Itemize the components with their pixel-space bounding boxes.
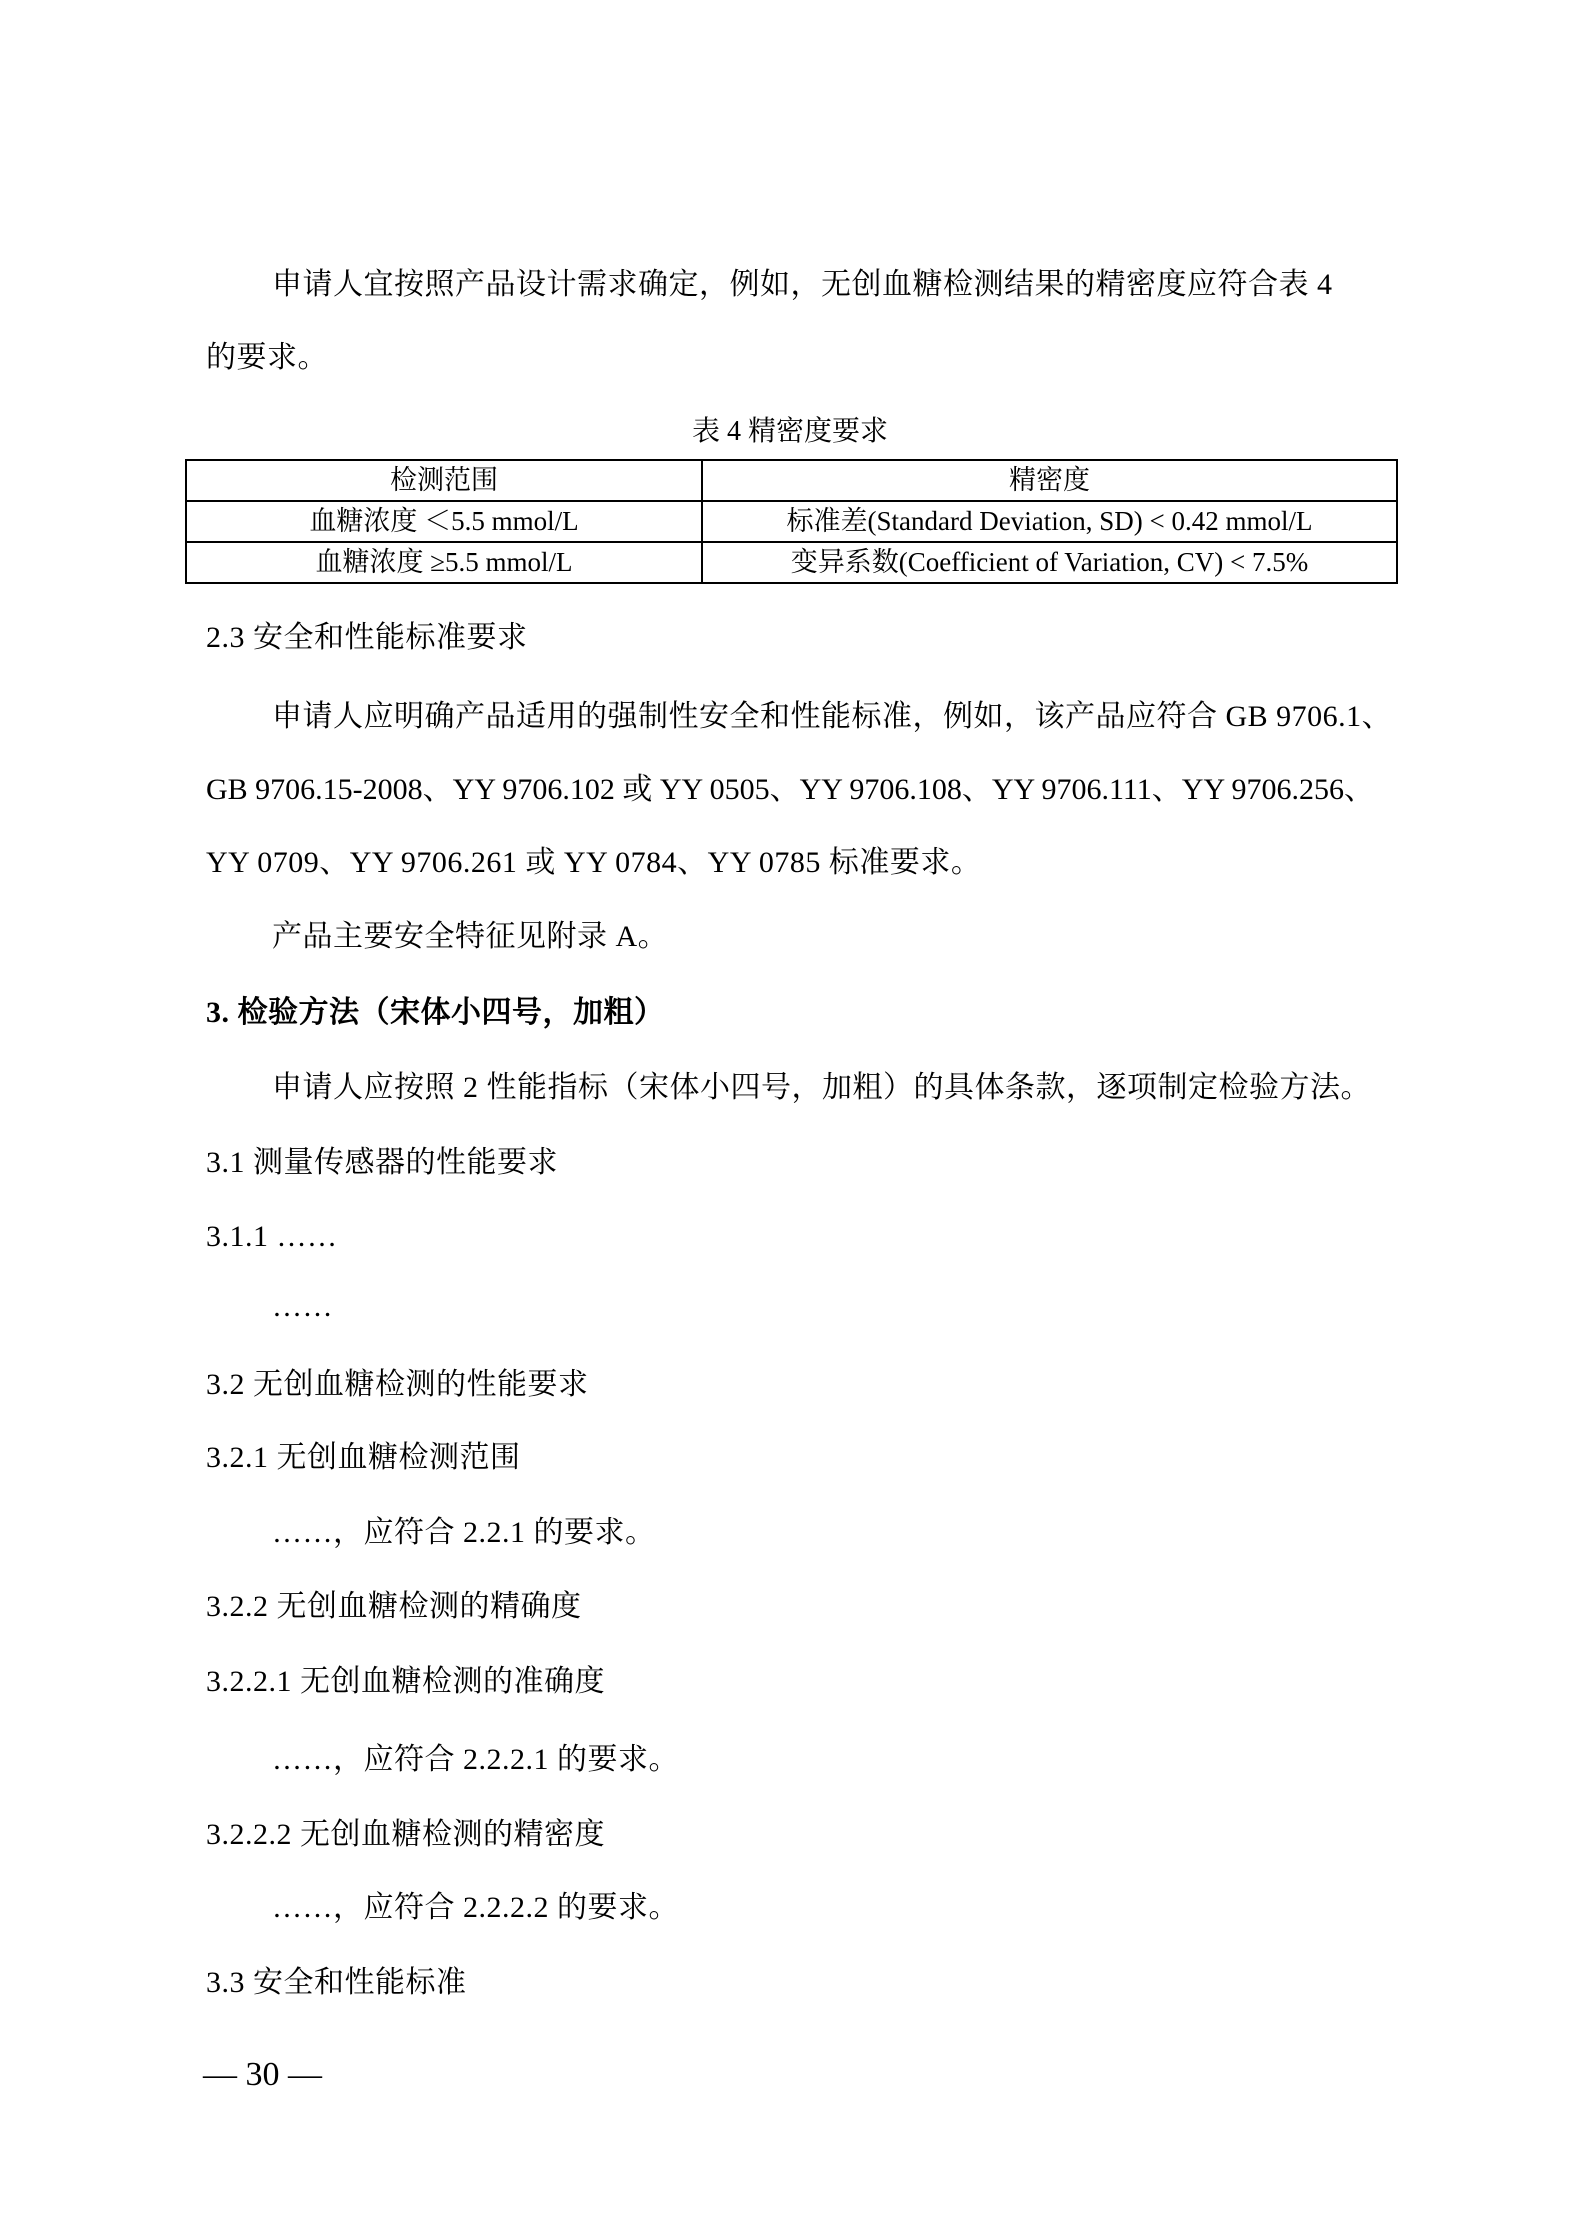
section-3-2-1-body: ……，应符合 2.2.1 的要求。 bbox=[272, 1513, 656, 1553]
section-3-1-heading: 3.1 测量传感器的性能要求 bbox=[206, 1143, 558, 1183]
intro-paragraph-line-1: 申请人宜按照产品设计需求确定，例如，无创血糖检测结果的精密度应符合表 4 bbox=[272, 265, 1333, 305]
section-2-3-paragraph-2: 产品主要安全特征见附录 A。 bbox=[272, 917, 668, 957]
table-cell-range: 血糖浓度 ＜5.5 mmol/L bbox=[186, 501, 702, 542]
precision-requirements-table: 检测范围 精密度 血糖浓度 ＜5.5 mmol/L 标准差(Standard D… bbox=[185, 459, 1398, 584]
section-3-2-1-heading: 3.2.1 无创血糖检测范围 bbox=[206, 1438, 521, 1478]
table-cell-range: 血糖浓度 ≥5.5 mmol/L bbox=[186, 542, 702, 583]
table-caption: 表 4 精密度要求 bbox=[185, 414, 1395, 450]
section-3-1-ellipsis: …… bbox=[272, 1287, 333, 1327]
header-detection-range: 检测范围 bbox=[186, 460, 702, 501]
section-3-2-2-1-heading: 3.2.2.1 无创血糖检测的准确度 bbox=[206, 1662, 605, 1702]
section-2-3-paragraph-line-2: GB 9706.15-2008、YY 9706.102 或 YY 0505、YY… bbox=[206, 770, 1374, 810]
section-3-1-1-heading: 3.1.1 …… bbox=[206, 1217, 338, 1257]
section-3-heading: 3. 检验方法（宋体小四号，加粗） bbox=[206, 993, 665, 1033]
section-3-2-2-1-body: ……，应符合 2.2.2.1 的要求。 bbox=[272, 1740, 679, 1780]
section-3-2-2-2-body: ……，应符合 2.2.2.2 的要求。 bbox=[272, 1888, 679, 1928]
section-3-2-2-heading: 3.2.2 无创血糖检测的精确度 bbox=[206, 1587, 582, 1627]
header-precision: 精密度 bbox=[702, 460, 1397, 501]
intro-paragraph-line-2: 的要求。 bbox=[206, 338, 328, 378]
section-2-3-paragraph-line-3: YY 0709、YY 9706.261 或 YY 0784、YY 0785 标准… bbox=[206, 843, 981, 883]
table-header-row: 检测范围 精密度 bbox=[186, 460, 1397, 501]
table-row: 血糖浓度 ＜5.5 mmol/L 标准差(Standard Deviation,… bbox=[186, 501, 1397, 542]
section-3-2-heading: 3.2 无创血糖检测的性能要求 bbox=[206, 1365, 589, 1405]
section-3-paragraph: 申请人应按照 2 性能指标（宋体小四号，加粗）的具体条款，逐项制定检验方法。 bbox=[272, 1068, 1371, 1108]
page-number: — 30 — bbox=[203, 2054, 322, 2096]
table-cell-precision: 标准差(Standard Deviation, SD) < 0.42 mmol/… bbox=[702, 501, 1397, 542]
table-cell-precision: 变异系数(Coefficient of Variation, CV) < 7.5… bbox=[702, 542, 1397, 583]
section-3-3-heading: 3.3 安全和性能标准 bbox=[206, 1963, 467, 2003]
section-3-2-2-2-heading: 3.2.2.2 无创血糖检测的精密度 bbox=[206, 1815, 605, 1855]
table-row: 血糖浓度 ≥5.5 mmol/L 变异系数(Coefficient of Var… bbox=[186, 542, 1397, 583]
section-2-3-paragraph-line-1: 申请人应明确产品适用的强制性安全和性能标准，例如，该产品应符合 GB 9706.… bbox=[272, 697, 1392, 737]
section-2-3-heading: 2.3 安全和性能标准要求 bbox=[206, 618, 528, 658]
